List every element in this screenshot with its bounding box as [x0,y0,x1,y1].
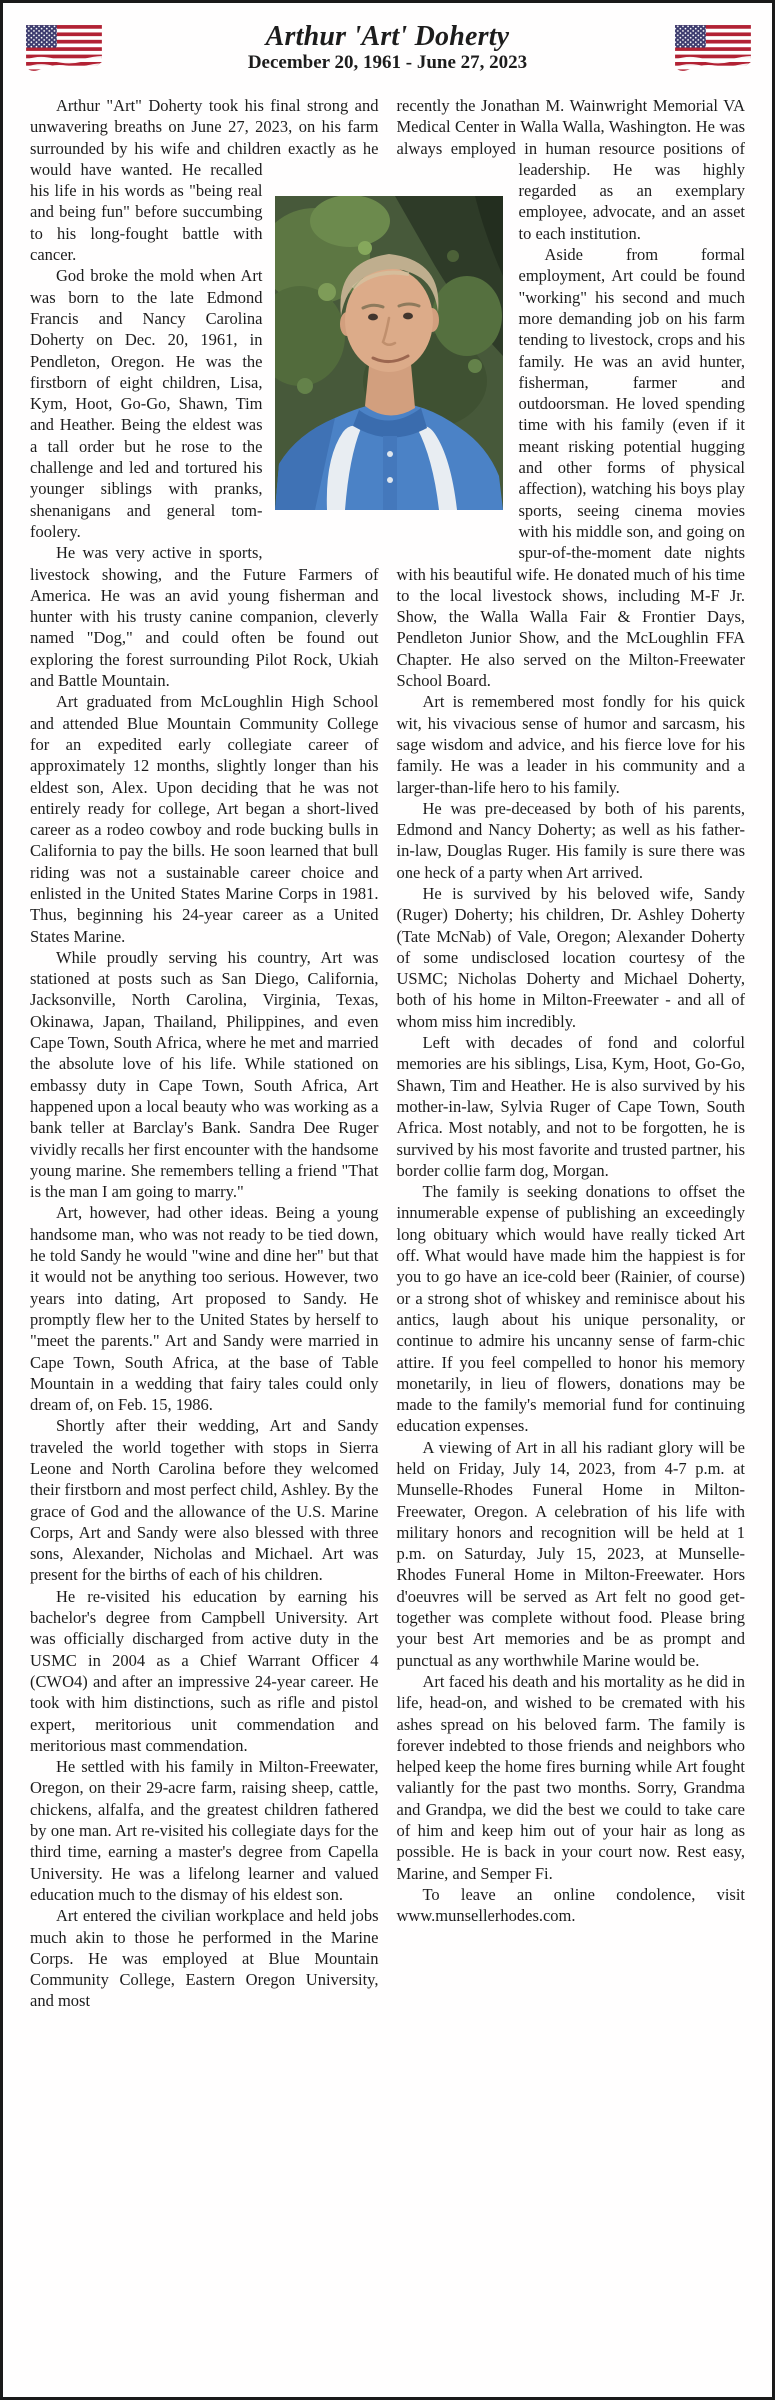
obituary-paragraph: To leave an online condolence, visit www… [397,1884,746,1927]
us-flag-icon [25,23,103,75]
life-dates: December 20, 1961 - June 27, 2023 [3,52,772,74]
obituary-paragraph: A viewing of Art in all his radiant glor… [397,1437,746,1671]
obituary-paragraph: Left with decades of fond and colorful m… [397,1032,746,1181]
obituary-paragraph: He was very active in sports, livestock … [30,542,379,691]
obituary-paragraph: The family is seeking donations to offse… [397,1181,746,1437]
obituary-paragraph: He was pre-deceased by both of his paren… [397,798,746,883]
us-flag-icon [674,23,752,75]
portrait-photo [275,196,503,510]
obituary-paragraph: He re-visited his education by earning h… [30,1586,379,1756]
obituary-paragraph: Art is remembered most fondly for his qu… [397,691,746,797]
obituary-paragraph: Shortly after their wedding, Art and San… [30,1415,379,1585]
obituary-header: Arthur 'Art' Doherty December 20, 1961 -… [3,3,772,91]
obituary-paragraph: Art faced his death and his mortality as… [397,1671,746,1884]
deceased-name: Arthur 'Art' Doherty [3,21,772,52]
obituary-paragraph: While proudly serving his country, Art w… [30,947,379,1203]
obituary-paragraph: Art entered the civilian workplace and h… [30,1905,379,2011]
obituary-paragraph: Art graduated from McLoughlin High Schoo… [30,691,379,947]
obituary-paragraph: Art, however, had other ideas. Being a y… [30,1202,379,1415]
obituary-paragraph: He settled with his family in Milton-Fre… [30,1756,379,1905]
obituary-page: Arthur 'Art' Doherty December 20, 1961 -… [0,0,775,2400]
obituary-paragraph: He is survived by his beloved wife, Sand… [397,883,746,1032]
